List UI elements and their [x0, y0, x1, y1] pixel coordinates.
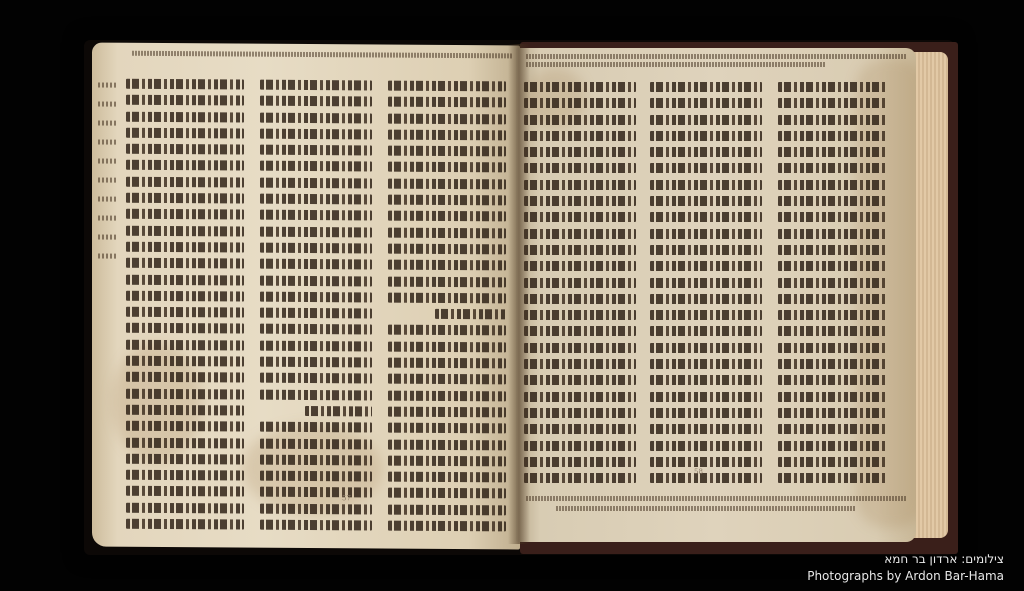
- left-page-number: 57: [342, 494, 351, 502]
- right-page-column-1: [524, 82, 636, 483]
- left-page-column-1: [126, 79, 244, 530]
- photo-credit: צילומים: ארדון בר חמא Photographs by Ard…: [807, 551, 1004, 585]
- bottom-margin-note-2: [556, 506, 856, 511]
- photo-credit-hebrew: צילומים: ארדון בר חמא: [807, 551, 1004, 568]
- right-page: 58: [516, 48, 916, 542]
- photo-credit-english: Photographs by Ardon Bar-Hama: [807, 568, 1004, 585]
- bottom-margin-note: [526, 496, 906, 501]
- book-gutter: [508, 44, 530, 544]
- manuscript-photo: 57 58 צילומים: ארדון בר חמא Photographs …: [0, 0, 1024, 591]
- left-page-column-2: [260, 80, 372, 531]
- right-page-number: 58: [694, 468, 703, 476]
- top-margin-note: [132, 51, 512, 59]
- top-margin-note: [526, 54, 906, 59]
- right-page-column-2: [650, 82, 762, 483]
- left-margin-notes: [98, 83, 116, 259]
- left-page: 57: [92, 43, 520, 550]
- page-edges: [912, 52, 948, 538]
- right-page-column-3: [778, 82, 888, 483]
- left-page-column-3: [388, 81, 506, 532]
- top-margin-note-2: [526, 62, 826, 67]
